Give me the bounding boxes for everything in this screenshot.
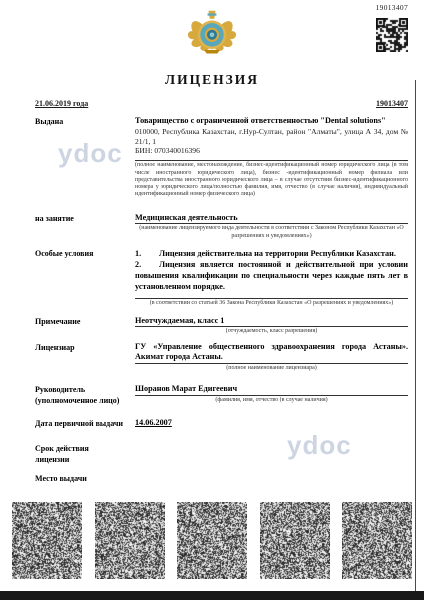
field-licensor: Лицензиар ГУ «Управление общественного з… <box>35 342 408 373</box>
field-head-person: Руководитель (уполномоченное лицо) Шоран… <box>35 384 408 406</box>
note-label: Примечание <box>35 316 135 336</box>
scan-bottom-bar <box>0 591 424 600</box>
qr-code-block <box>342 502 412 579</box>
field-first-issue-date: Дата первичной выдачи 14.06.2007 <box>35 418 408 429</box>
field-note: Примечание Неотчуждаемая, класс 1 (отчуж… <box>35 316 408 336</box>
note-caption: (отчуждаемость, класс разрешения) <box>135 328 408 335</box>
document-number-top: 19013407 <box>376 3 408 12</box>
activity-label: на занятие <box>35 213 135 240</box>
first-issue-value: 14.06.2007 <box>135 418 408 429</box>
licensor-label: Лицензиар <box>35 342 135 373</box>
field-special-conditions: Особые условия 1.Лицензия действительна … <box>35 248 408 308</box>
licensor-caption: (полное наименование лицензиара) <box>135 365 408 372</box>
date-number-row: 21.06.2019 года 19013407 <box>35 99 408 108</box>
field-validity-period: Срок действия лицензии <box>35 443 408 465</box>
qr-code-top <box>376 18 408 52</box>
license-document-page: 19013407 ЛИЦЕНЗИЯ 21.06.2019 года 190134… <box>0 0 424 600</box>
field-place-of-issue: Место выдачи <box>35 473 408 484</box>
field-activity: на занятие Медицинская деятельность (наи… <box>35 213 408 240</box>
validity-label: Срок действия лицензии <box>35 443 135 465</box>
condition-item-2: 2.Лицензия является постоянной и действи… <box>135 259 408 292</box>
license-number: 19013407 <box>376 99 408 108</box>
field-issued-to: Выдана Товарищество с ограниченной ответ… <box>35 116 408 199</box>
issue-date: 21.06.2019 года <box>35 99 88 108</box>
licensee-name: Товарищество с ограниченной ответственно… <box>135 116 408 127</box>
qr-code-block <box>12 502 82 579</box>
place-of-issue-label: Место выдачи <box>35 473 135 484</box>
condition-item-1: 1.Лицензия действительна на территории Р… <box>135 248 408 259</box>
note-value: Неотчуждаемая, класс 1 <box>135 316 408 328</box>
first-issue-label: Дата первичной выдачи <box>35 418 135 429</box>
document-title: ЛИЦЕНЗИЯ <box>0 72 424 88</box>
licensee-bin: БИН: 070340016396 <box>135 146 408 156</box>
special-conditions-label: Особые условия <box>35 248 135 308</box>
scan-edge-line <box>415 80 416 591</box>
licensee-address: 010000, Республика Казахстан, г.Нур-Султ… <box>135 127 408 147</box>
activity-caption: (наименование лицензируемого вида деятел… <box>135 225 408 240</box>
issued-to-caption: (полное наименование, местонахождение, б… <box>135 160 408 199</box>
head-person-label: Руководитель (уполномоченное лицо) <box>35 384 135 406</box>
kazakhstan-emblem-icon <box>184 9 240 57</box>
qr-code-block <box>95 502 165 579</box>
qr-code-block <box>177 502 247 579</box>
head-person-value: Шоранов Марат Едигеевич <box>135 384 408 396</box>
barcode-strip <box>12 502 412 579</box>
document-body: Выдана Товарищество с ограниченной ответ… <box>35 116 408 485</box>
activity-value: Медицинская деятельность <box>135 213 408 225</box>
head-person-caption: (фамилия, имя, отчество (в случае наличи… <box>135 397 408 404</box>
special-conditions-caption: (в соответствии со статьей 36 Закона Рес… <box>135 298 408 307</box>
qr-code-block <box>260 502 330 579</box>
licensor-value: ГУ «Управление общественного здравоохран… <box>135 342 408 364</box>
issued-to-label: Выдана <box>35 116 135 199</box>
